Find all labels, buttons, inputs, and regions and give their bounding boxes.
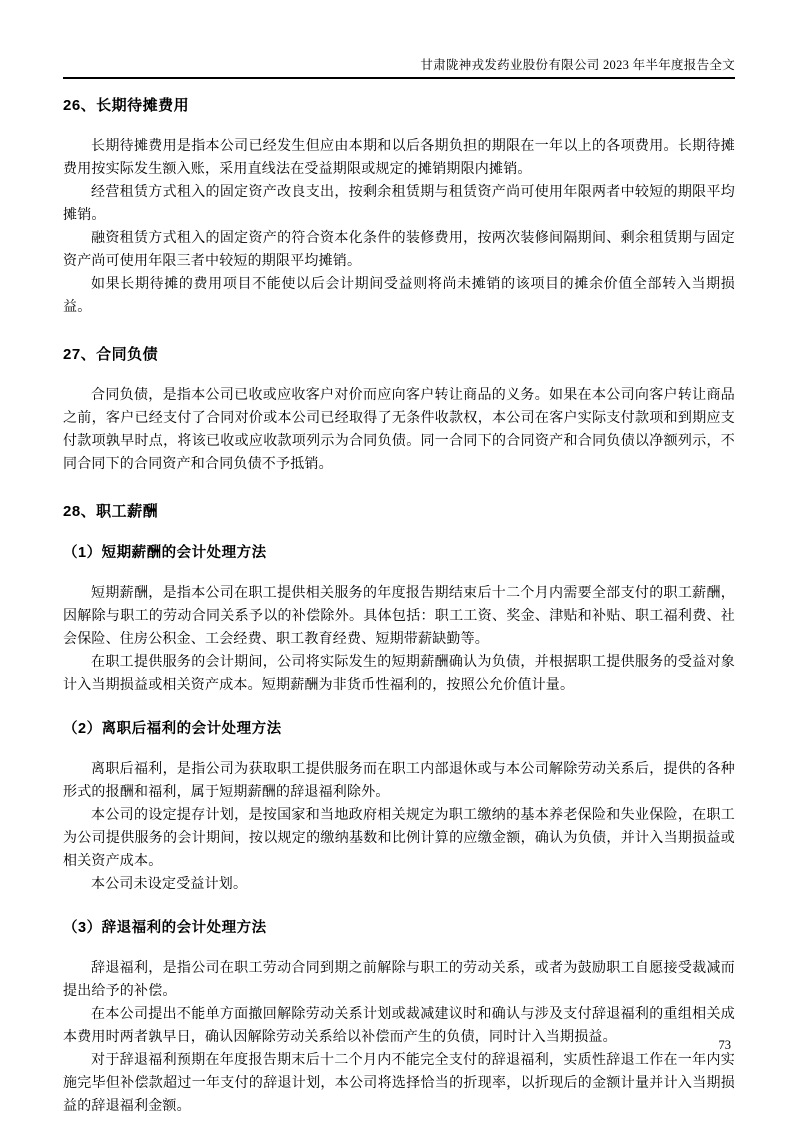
section-27-contract-liabilities: 27、合同负债 合同负债，是指本公司已收或应收客户对价而应向客户转让商品的义务。… [63, 345, 735, 476]
page-content: 甘肃陇神戎发药业股份有限公司 2023 年半年度报告全文 26、长期待摊费用 长… [63, 0, 735, 1118]
subsection-3-paragraph-1: 辞退福利，是指公司在职工劳动合同到期之前解除与职工的劳动关系，或者为鼓励职工自愿… [63, 957, 735, 1003]
subsection-2-paragraph-3: 本公司未设定受益计划。 [63, 873, 735, 896]
section-27-heading: 27、合同负债 [63, 345, 735, 364]
section-26-paragraph-2: 经营租赁方式租入的固定资产改良支出，按剩余租赁期与租赁资产尚可使用年限两者中较短… [63, 181, 735, 227]
subsection-2-paragraph-1: 离职后福利，是指公司为获取职工提供服务而在职工内部退休或与本公司解除劳动关系后，… [63, 758, 735, 804]
report-header-title: 甘肃陇神戎发药业股份有限公司 2023 年半年度报告全文 [420, 58, 735, 72]
report-page: 甘肃陇神戎发药业股份有限公司 2023 年半年度报告全文 26、长期待摊费用 长… [0, 0, 793, 1122]
subsection-3-paragraph-2: 在本公司提出不能单方面撤回解除劳动关系计划或裁减建议时和确认与涉及支付辞退福利的… [63, 1003, 735, 1049]
subsection-1-paragraph-1: 短期薪酬，是指本公司在职工提供相关服务的年度报告期结束后十二个月内需要全部支付的… [63, 582, 735, 651]
section-28-employee-compensation: 28、职工薪酬 （1）短期薪酬的会计处理方法 短期薪酬，是指本公司在职工提供相关… [63, 502, 735, 1118]
subsection-1-short-term-compensation: （1）短期薪酬的会计处理方法 短期薪酬，是指本公司在职工提供相关服务的年度报告期… [63, 544, 735, 697]
report-body: 26、长期待摊费用 长期待摊费用是指本公司已经发生但应由本期和以后各期负担的期限… [63, 96, 735, 1118]
section-26-paragraph-3: 融资租赁方式租入的固定资产的符合资本化条件的装修费用，按两次装修间隔期间、剩余租… [63, 227, 735, 273]
page-header: 甘肃陇神戎发药业股份有限公司 2023 年半年度报告全文 [63, 0, 735, 79]
subsection-3-paragraph-3: 对于辞退福利预期在年度报告期末后十二个月内不能完全支付的辞退福利，实质性辞退工作… [63, 1049, 735, 1118]
subsection-2-heading: （2）离职后福利的会计处理方法 [63, 720, 735, 738]
section-26-long-term-deferred-expenses: 26、长期待摊费用 长期待摊费用是指本公司已经发生但应由本期和以后各期负担的期限… [63, 96, 735, 319]
subsection-1-paragraph-2: 在职工提供服务的会计期间，公司将实际发生的短期薪酬确认为负债，并根据职工提供服务… [63, 651, 735, 697]
section-26-paragraph-4: 如果长期待摊的费用项目不能使以后会计期间受益则将尚未摊销的该项目的摊余价值全部转… [63, 273, 735, 319]
section-26-heading: 26、长期待摊费用 [63, 96, 735, 115]
subsection-2-post-employment-benefits: （2）离职后福利的会计处理方法 离职后福利，是指公司为获取职工提供服务而在职工内… [63, 720, 735, 896]
subsection-3-termination-benefits: （3）辞退福利的会计处理方法 辞退福利，是指公司在职工劳动合同到期之前解除与职工… [63, 919, 735, 1118]
subsection-2-paragraph-2: 本公司的设定提存计划，是按国家和当地政府相关规定为职工缴纳的基本养老保险和失业保… [63, 804, 735, 873]
section-28-heading: 28、职工薪酬 [63, 502, 735, 521]
subsection-1-heading: （1）短期薪酬的会计处理方法 [63, 544, 735, 562]
page-number: 73 [719, 1038, 732, 1052]
section-26-paragraph-1: 长期待摊费用是指本公司已经发生但应由本期和以后各期负担的期限在一年以上的各项费用… [63, 135, 735, 181]
subsection-3-heading: （3）辞退福利的会计处理方法 [63, 919, 735, 937]
section-27-paragraph-1: 合同负债，是指本公司已收或应收客户对价而应向客户转让商品的义务。如果在本公司向客… [63, 384, 735, 476]
